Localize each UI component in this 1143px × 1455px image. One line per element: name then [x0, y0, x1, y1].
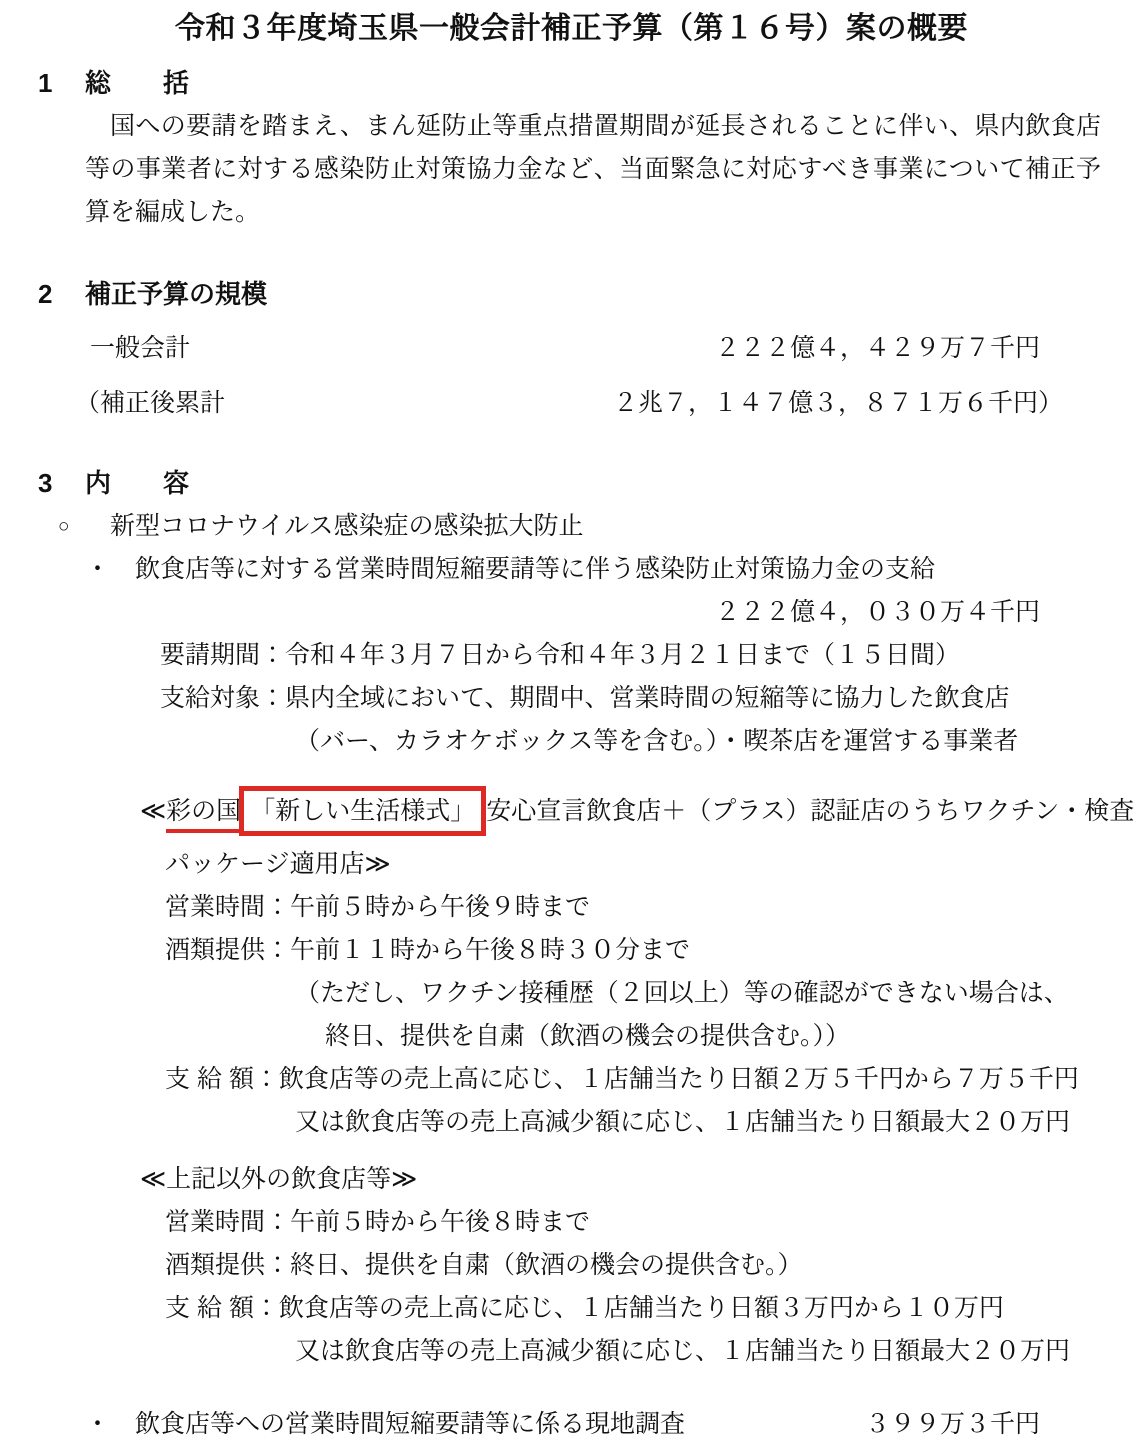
dot-bullet-icon: ・: [85, 548, 135, 591]
other-stores-heading-line: ≪上記以外の飲食店等≫: [140, 1158, 1143, 1201]
section-1-title: 総 括: [85, 68, 189, 98]
certified-alcohol-note1-line: （ただし、ワクチン接種歴（２回以上）等の確認ができない場合は、: [295, 972, 1143, 1015]
section-1-paragraph: 国への要請を踏まえ、まん延防止等重点措置期間が延長されることに伴い、県内飲食店等…: [85, 105, 1101, 234]
sai-no-kuni-underlined-text: 彩の国: [166, 797, 241, 833]
cumulative-total-row: （補正後累計 ２兆７，１４７億３，８７１万６千円）: [0, 382, 1143, 425]
certified-stores-heading-rest: 安心宣言飲食店＋（プラス）認証店のうちワクチン・検査: [486, 797, 1134, 825]
onsite-survey-row: ・飲食店等への営業時間短縮要請等に係る現地調査 ３９９万３千円: [0, 1403, 1143, 1446]
certified-payment-line: 支 給 額：飲食店等の売上高に応じ、１店舗当たり日額２万５千円から７万５千円: [165, 1058, 1143, 1101]
certified-hours-line: 営業時間：午前５時から午後９時まで: [165, 886, 1143, 929]
onsite-survey-amount: ３９９万３千円: [865, 1403, 1040, 1446]
other-hours-line: 営業時間：午前５時から午後８時まで: [165, 1201, 1143, 1244]
cooperation-grant-amount: ２２２億４，０３０万４千円: [0, 591, 1143, 634]
section-2-number: 2: [38, 273, 85, 316]
section-3-number: 3: [38, 462, 85, 505]
circle-bullet-icon: ○: [58, 505, 110, 548]
request-period-line: 要請期間：令和４年３月７日から令和４年３月２１日まで（１５日間）: [160, 634, 1143, 677]
onsite-survey-left: ・飲食店等への営業時間短縮要請等に係る現地調査: [85, 1403, 685, 1446]
cooperation-grant-label: 飲食店等に対する営業時間短縮要請等に伴う感染防止対策協力金の支給: [135, 555, 935, 583]
covid-topic-line: ○新型コロナウイルス感染症の感染拡大防止: [58, 505, 1143, 548]
cooperation-grant-line: ・飲食店等に対する営業時間短縮要請等に伴う感染防止対策協力金の支給: [85, 548, 1143, 591]
cumulative-total-amount: ２兆７，１４７億３，８７１万６千円）: [613, 382, 1063, 425]
payment-target-continuation-line: （バー、カラオケボックス等を含む。）・喫茶店を運営する事業者: [295, 720, 1143, 763]
new-lifestyle-highlight-box: 「新しい生活様式」: [250, 797, 475, 825]
certified-payment-continuation-line: 又は飲食店等の売上高減少額に応じ、１店舗当たり日額最大２０万円: [295, 1101, 1143, 1144]
other-alcohol-line: 酒類提供：終日、提供を自粛（飲酒の機会の提供含む。）: [165, 1244, 1143, 1287]
section-3-title: 内 容: [85, 468, 189, 498]
section-1-number: 1: [38, 62, 85, 105]
general-account-amount: ２２２億４，４２９万７千円: [715, 327, 1040, 370]
document-title: 令和３年度埼玉県一般会計補正予算（第１６号）案の概要: [0, 0, 1143, 51]
other-payment-line: 支 給 額：飲食店等の売上高に応じ、１店舗当たり日額３万円から１０万円: [165, 1287, 1143, 1330]
other-payment-continuation-line: 又は飲食店等の売上高減少額に応じ、１店舗当たり日額最大２０万円: [295, 1330, 1143, 1373]
covid-topic-label: 新型コロナウイルス感染症の感染拡大防止: [110, 512, 584, 540]
certified-stores-heading-line: ≪彩の国「新しい生活様式」安心宣言飲食店＋（プラス）認証店のうちワクチン・検査: [140, 790, 1143, 833]
onsite-survey-label: 飲食店等への営業時間短縮要請等に係る現地調査: [135, 1410, 685, 1438]
certified-alcohol-line: 酒類提供：午前１１時から午後８時３０分まで: [165, 929, 1143, 972]
open-double-angle-mark: ≪: [140, 797, 166, 825]
dot-bullet-icon: ・: [85, 1403, 135, 1446]
payment-target-line: 支給対象：県内全域において、期間中、営業時間の短縮等に協力した飲食店: [160, 677, 1143, 720]
document-page: 令和３年度埼玉県一般会計補正予算（第１６号）案の概要 1総 括 国への要請を踏ま…: [0, 0, 1143, 1455]
section-3-heading: 3内 容: [38, 462, 1143, 505]
general-account-row: 一般会計 ２２２億４，４２９万７千円: [0, 327, 1143, 370]
certified-alcohol-note2-line: 終日、提供を自粛（飲酒の機会の提供含む。））: [325, 1015, 1143, 1058]
cumulative-total-label: （補正後累計: [75, 382, 225, 425]
section-2-heading: 2補正予算の規模: [38, 273, 1143, 316]
section-2-title: 補正予算の規模: [85, 279, 267, 309]
general-account-label: 一般会計: [90, 327, 190, 370]
certified-stores-heading-line2: パッケージ適用店≫: [165, 843, 1143, 886]
section-1-heading: 1総 括: [38, 62, 1143, 105]
